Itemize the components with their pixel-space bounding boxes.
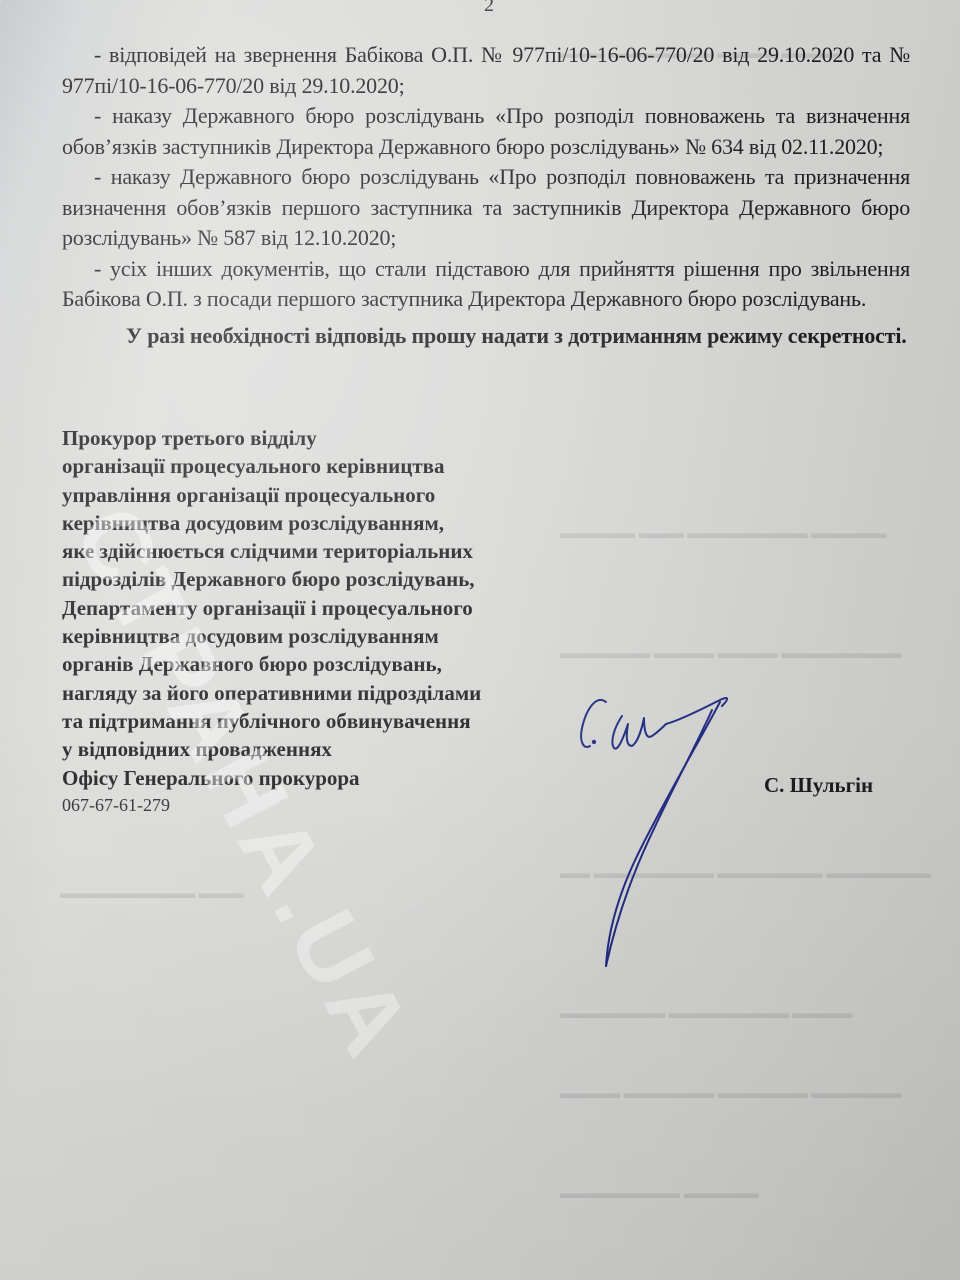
position-line: організації процесуального керівництва [62,452,622,480]
list-item: - відповідей на звернення Бабікова О.П. … [62,40,910,101]
bleed-through-text: ▬▬▬▬ ▬▬▬▬▬▬ ▬▬▬▬▬▬ ▬▬▬▬▬▬ [560,1080,901,1108]
bleed-through-text: ▬▬▬▬▬▬▬ ▬▬▬▬▬▬▬▬ ▬▬▬▬ [560,1000,853,1028]
secrecy-request: У разі необхідності відповідь прошу нада… [62,321,910,352]
position-line: Прокурор третього відділу [62,424,622,452]
list-item: - наказу Державного бюро розслідувань «П… [62,162,910,254]
position-line: у відповідних провадженнях [62,735,622,763]
list-item: - наказу Державного бюро розслідувань «П… [62,101,910,162]
phone-number: 067-67-61-279 [62,795,170,816]
position-line: Офісу Генерального прокурора [62,764,622,792]
bleed-through-text: ▬▬▬▬▬▬▬▬ ▬▬▬▬▬ [560,1180,759,1208]
list-item: - усіх інших документів, що стали підста… [62,254,910,315]
document-body: - відповідей на звернення Бабікова О.П. … [62,40,910,351]
handwritten-signature-icon [570,680,800,980]
signer-name: С. Шульгін [764,773,873,798]
page-number: 2 [484,0,494,17]
bleed-through-text: ▬▬▬▬▬▬▬▬▬ ▬▬▬ [60,880,244,908]
document-page: ▬▬▬ ▬▬▬▬▬▬▬ ▬▬▬▬ ▬▬▬▬ ▬▬▬▬▬ ▬▬▬ ▬▬▬▬▬▬▬▬… [0,0,960,1280]
